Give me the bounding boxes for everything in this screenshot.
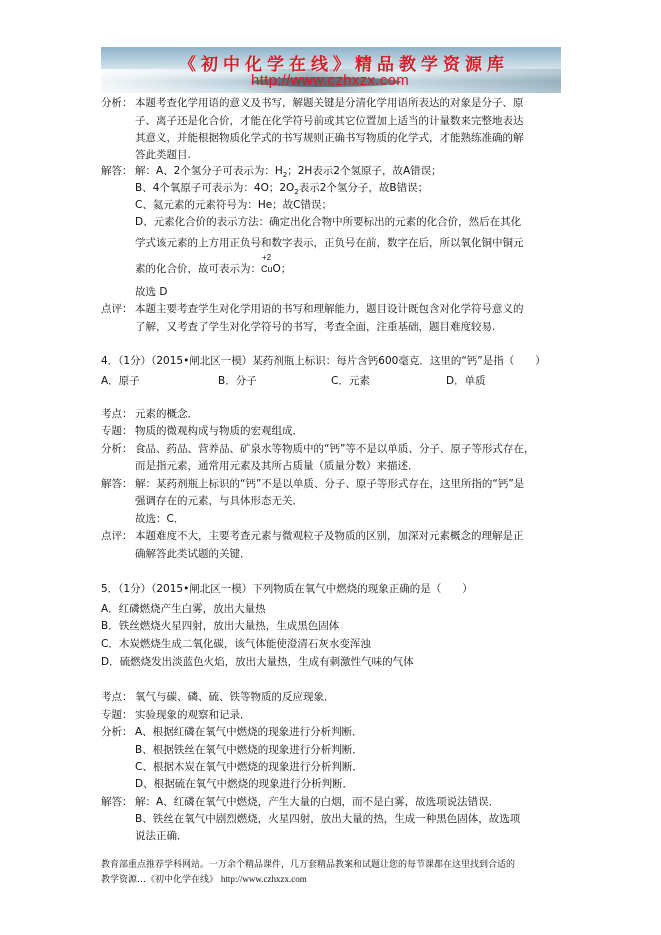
q5-topic-text: 实验现象的观察和记录． (135, 709, 251, 721)
q5-topic-label: 专题： (101, 708, 135, 722)
q4-analysis-line: 而是指元素，通常用元素及其所占质量（质量分数）来描述． (135, 459, 419, 473)
q5-answer-line: B、铁丝在氧气中剧烈燃烧，火星四射，放出大量的热，生成一种黑色固体，故选项 (135, 812, 520, 826)
q4-comment-text: 本题难度不大，主要考查元素与微观粒子及物质的区别，加深对元素概念的理解是正 (135, 530, 524, 542)
q5-analysis-line: B、根据铁丝在氧气中燃烧的现象进行分析判断． (135, 743, 363, 757)
q3-answer-line-d1: D、元素化合价的表示方法：确定出化合物中所要标出的元素的化合价，然后在其化 (135, 215, 521, 229)
q4-option-d: D．单质 (446, 373, 486, 388)
q4-option-a: A．原子 (101, 373, 140, 388)
q3-answer-line-c: C、氦元素的元素符号为：He；故C错误； (135, 198, 332, 212)
q4-comment-line: 确解答此类试题的关键． (135, 547, 251, 561)
q4-answer-line: 解答：解：某药剂瓶上标识的“钙”不是以单质、分子、原子等形式存在，这里所指的“钙… (101, 477, 524, 491)
q3-analysis-line: 其意义，并能根据物质化学式的书写规则正确书写物质的化学式，才能熟练准确的解 (135, 131, 524, 145)
header-banner: 《初中化学在线》精品教学资源库 http://www.czhxzx.com (101, 47, 561, 93)
q3-analysis-line: 子、离子还是化合价，才能在化学符号前或其它位置加上适当的计量数来完整地表达 (135, 114, 524, 128)
q4-answer-text: 解：某药剂瓶上标识的“钙”不是以单质、分子、原子等形式存在，这里所指的“钙”是 (135, 478, 524, 490)
q5-point: 考点：氧气与碳、磷、硫、铁等物质的反应现象． (101, 690, 335, 704)
q5-option-d: D．硫燃烧发出淡蓝色火焰，放出大量热，生成有刺激性气味的气体 (101, 654, 414, 669)
q4-choice: 故选：C． (135, 512, 184, 526)
q3-analysis-line: 答此类题目. (135, 148, 191, 162)
q3-answer-d3-text: 素的化合价，故可表示为： (135, 263, 261, 275)
q4-option-c: C．元素 (331, 373, 370, 388)
q5-topic: 专题：实验现象的观察和记录． (101, 708, 251, 722)
q4-topic-label: 专题： (101, 424, 135, 438)
q5-stem: 5．（1分）（2015•闸北区一模）下列物质在氧气中燃烧的现象正确的是（ ） (101, 582, 473, 596)
q3-answer-a-text: 解：A、2个氢分子可表示为：H (135, 165, 283, 177)
q4-answer-line: 强调存在的元素，与具体形态无关． (135, 494, 303, 508)
q5-option-a: A．红磷燃烧产生白雾，放出大量热 (101, 601, 266, 616)
q5-option-c: C．木炭燃烧生成二氧化碳，该气体能使澄清石灰水变浑浊 (101, 636, 371, 651)
q5-analysis-line: D、根据硫在氧气中燃烧的现象进行分析判断． (135, 777, 353, 791)
q5-analysis-line: 分析：A、根据红磷在氧气中燃烧的现象进行分析判断． (101, 725, 363, 739)
q5-analysis-text: A、根据红磷在氧气中燃烧的现象进行分析判断． (135, 726, 363, 738)
q4-stem: 4．（1分）（2015•闸北区一模）某药剂瓶上标识：每片含钙600毫克．这里的“… (101, 354, 546, 368)
q3-comment-label: 点评： (101, 302, 135, 316)
q5-option-b: B．铁丝燃烧火星四射，放出大量热，生成黑色固体 (101, 618, 339, 633)
q4-analysis-text: 食品、药品、营养品、矿泉水等物质中的“钙”等不是以单质、分子、原子等形式存在， (135, 443, 534, 455)
q4-option-b: B．分子 (218, 373, 257, 388)
q3-answer-line-b: B、4个氧原子可表示为：4O；2O2表示2个氢分子，故B错误； (135, 181, 428, 199)
q3-analysis-text: 本题考查化学用语的意义及书写，解题关键是分清化学用语所表达的对象是分子、原 (135, 97, 524, 109)
q4-analysis-label: 分析： (101, 442, 135, 456)
q3-answer-label: 解答： (101, 164, 135, 178)
q3-answer-b-text: B、4个氧原子可表示为：4O；2O (135, 182, 294, 194)
banner-url: http://www.czhxzx.com (251, 72, 409, 89)
footer-line-2: 教学资源…《初中化学在线》 http://www.czhxzx.com (101, 872, 307, 885)
footer-site-name: 教学资源…《初中化学在线》 (101, 875, 218, 885)
q4-point: 考点：元素的概念． (101, 407, 198, 421)
q3-comment-line: 点评：本题主要考查学生对化学用语的书写和理解能力，题目设计既包含对化学符号意义的 (101, 302, 524, 316)
q5-point-label: 考点： (101, 690, 135, 704)
q3-analysis-line: 分析：本题考查化学用语的意义及书写，解题关键是分清化学用语所表达的对象是分子、原 (101, 96, 524, 110)
q4-answer-label: 解答： (101, 477, 135, 491)
q5-answer-line: 说法正确． (135, 829, 188, 843)
footer-line-1: 教育部重点推荐学科网站。一万余个精品课件，几万套精品教案和试题让您的每节课都在这… (101, 857, 515, 870)
q5-analysis-label: 分析： (101, 725, 135, 739)
q5-answer-label: 解答： (101, 795, 135, 809)
formula-rest: O； (273, 263, 292, 275)
q3-choice: 故选 D (135, 285, 167, 299)
q3-answer-line-d3: 素的化合价，故可表示为：+2CuO； (135, 262, 291, 276)
q4-point-text: 元素的概念． (135, 408, 198, 420)
q3-answer-b-text: 表示2个氢分子，故B错误； (299, 182, 428, 194)
valence-number: +2 (262, 251, 271, 265)
q4-comment-line: 点评：本题难度不大，主要考查元素与微观粒子及物质的区别，加深对元素概念的理解是正 (101, 529, 524, 543)
element-symbol: Cu (261, 264, 273, 274)
q4-point-label: 考点： (101, 407, 135, 421)
q3-answer-line-a: 解答：解：A、2个氢分子可表示为：H2；2H表示2个氢原子，故A错误； (101, 164, 442, 182)
q4-topic-text: 物质的微观构成与物质的宏观组成． (135, 425, 303, 437)
q3-analysis-label: 分析： (101, 96, 135, 110)
q4-topic: 专题：物质的微观构成与物质的宏观组成． (101, 424, 303, 438)
q3-comment-text: 本题主要考查学生对化学用语的书写和理解能力，题目设计既包含对化学符号意义的 (135, 303, 524, 315)
q5-analysis-line: C、根据木炭在氧气中燃烧的现象进行分析判断． (135, 760, 363, 774)
q3-comment-line: 了解，又考查了学生对化学符号的书写，考查全面，注重基础，题目难度较易. (135, 320, 495, 334)
q5-answer-text: 解：A、红磷在氧气中燃烧，产生大量的白烟，而不是白雾，故选项说法错误． (135, 796, 499, 808)
q4-analysis-line: 分析：食品、药品、营养品、矿泉水等物质中的“钙”等不是以单质、分子、原子等形式存… (101, 442, 534, 456)
q5-point-text: 氧气与碳、磷、硫、铁等物质的反应现象． (135, 691, 335, 703)
valence-formula: +2Cu (261, 262, 273, 276)
q3-answer-line-d2: 学式该元素的上方用正负号和数字表示，正负号在前，数字在后，所以氧化铜中铜元 (135, 236, 524, 250)
q4-comment-label: 点评： (101, 529, 135, 543)
q3-answer-a-text: ；2H表示2个氢原子，故A错误； (287, 165, 441, 177)
footer-url-link[interactable]: http://www.czhxzx.com (221, 874, 307, 884)
q5-answer-line: 解答：解：A、红磷在氧气中燃烧，产生大量的白烟，而不是白雾，故选项说法错误． (101, 795, 499, 809)
